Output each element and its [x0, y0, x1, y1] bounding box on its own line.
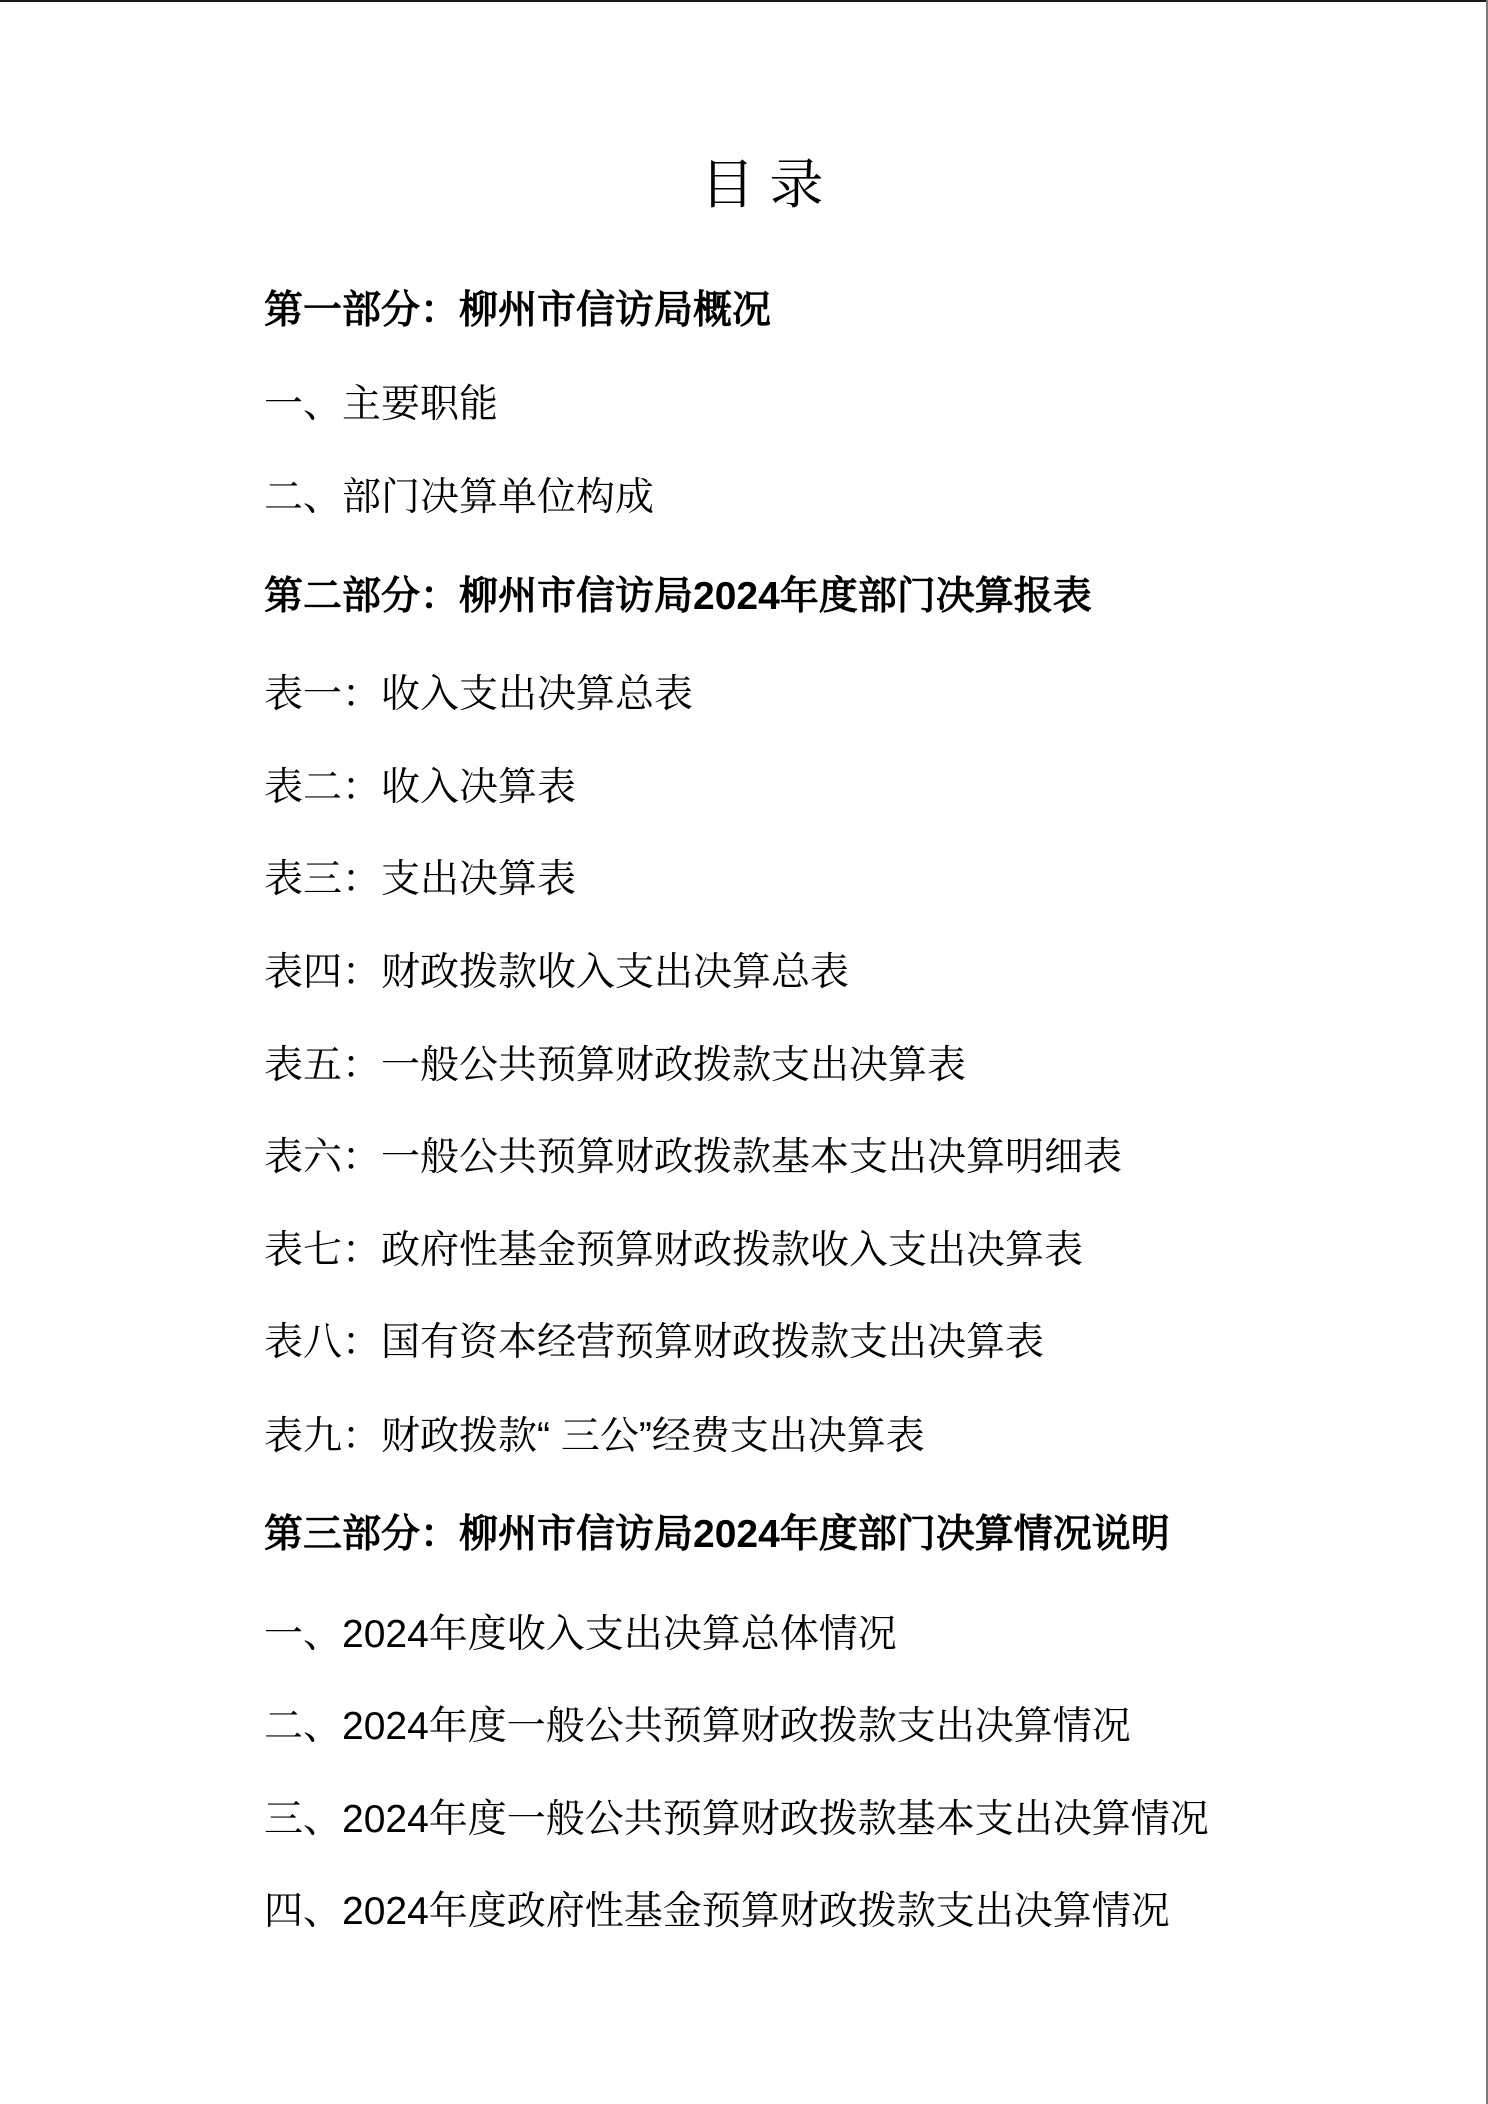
toc-item[interactable]: 表八：国有资本经营预算财政拨款支出决算表 — [264, 1320, 1044, 1366]
toc-item[interactable]: 一、主要职能 — [264, 382, 498, 428]
toc-item[interactable]: 表四：财政拨款收入支出决算总表 — [264, 950, 849, 996]
page-top-border — [0, 0, 1488, 2]
toc-item[interactable]: 表三：支出决算表 — [264, 857, 576, 903]
toc-item[interactable]: 表二：收入决算表 — [264, 765, 576, 811]
toc-part1-heading[interactable]: 第一部分：柳州市信访局概况 — [264, 288, 771, 334]
toc-item[interactable]: 表一：收入支出决算总表 — [264, 672, 693, 718]
toc-title: 目 录 — [0, 152, 1488, 218]
toc-item[interactable]: 表九：财政拨款“ 三公”经费支出决算表 — [264, 1414, 925, 1460]
toc-item[interactable]: 一、2024年度收入支出决算总体情况 — [264, 1612, 897, 1658]
toc-item[interactable]: 表七：政府性基金预算财政拨款收入支出决算表 — [264, 1228, 1083, 1274]
toc-item[interactable]: 二、2024年度一般公共预算财政拨款支出决算情况 — [264, 1704, 1131, 1750]
toc-item[interactable]: 表六：一般公共预算财政拨款基本支出决算明细表 — [264, 1135, 1122, 1181]
toc-item[interactable]: 四、2024年度政府性基金预算财政拨款支出决算情况 — [264, 1889, 1170, 1935]
toc-part2-heading[interactable]: 第二部分：柳州市信访局2024年度部门决算报表 — [264, 574, 1092, 620]
toc-item[interactable]: 二、部门决算单位构成 — [264, 475, 654, 521]
toc-part3-heading[interactable]: 第三部分：柳州市信访局2024年度部门决算情况说明 — [264, 1512, 1170, 1558]
toc-item[interactable]: 表五：一般公共预算财政拨款支出决算表 — [264, 1043, 966, 1089]
toc-item[interactable]: 三、2024年度一般公共预算财政拨款基本支出决算情况 — [264, 1797, 1209, 1843]
